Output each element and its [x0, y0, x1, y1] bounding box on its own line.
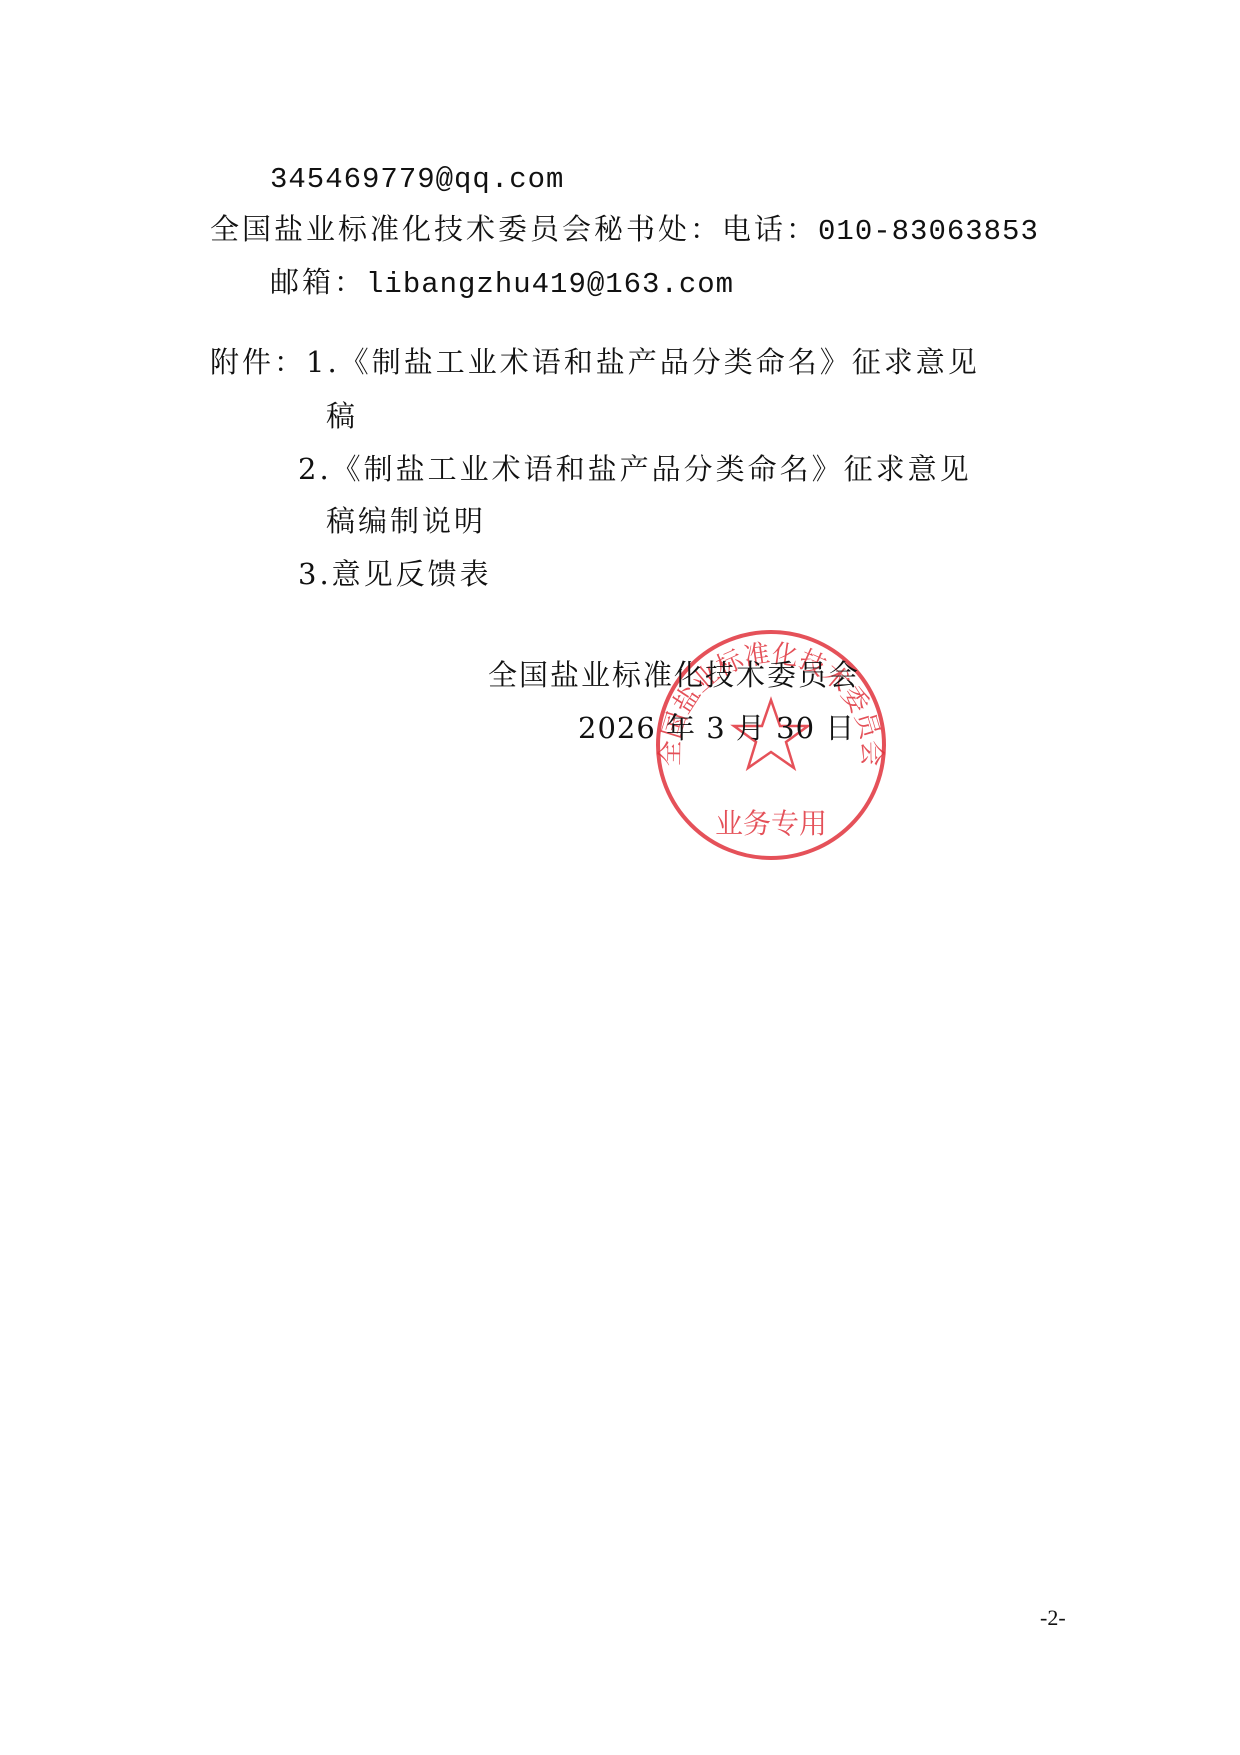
stamp-bottom-text: 业务专用 — [715, 807, 827, 840]
email-label: 邮箱： — [270, 265, 366, 299]
attachment-2-line2: 稿编制说明 — [326, 507, 486, 536]
attachment-3-title: 意见反馈表 — [332, 557, 492, 591]
attachment-2-title: 《制盐工业术语和盐产品分类命名》征求意见 — [332, 452, 972, 486]
attachment-2-number: 2. — [298, 452, 332, 486]
secretariat-label: 全国盐业标准化技术委员会秘书处： — [210, 212, 722, 246]
attachment-3-line: 3.意见反馈表 — [298, 560, 492, 589]
email-continuation: 345469779@qq.com — [270, 165, 564, 194]
secretariat-contact-line: 全国盐业标准化技术委员会秘书处：电话：010-83063853 — [210, 215, 1039, 246]
attachment-1-line2: 稿 — [326, 402, 358, 431]
secretariat-email: libangzhu419@163.com — [366, 268, 734, 301]
secretariat-email-line: 邮箱：libangzhu419@163.com — [270, 268, 734, 299]
phone-number: 010-83063853 — [818, 215, 1039, 248]
attachment-2-line1: 2.《制盐工业术语和盐产品分类命名》征求意见 — [298, 455, 972, 484]
phone-label: 电话： — [722, 212, 818, 246]
attachment-1-number: 1. — [306, 345, 340, 379]
signature-organization: 全国盐业标准化技术委员会 — [488, 661, 860, 690]
attachments-label: 附件： — [210, 345, 306, 379]
attachment-1-title: 《制盐工业术语和盐产品分类命名》征求意见 — [340, 345, 980, 379]
attachment-1-line1: 附件：1.《制盐工业术语和盐产品分类命名》征求意见 — [210, 348, 980, 377]
page-number: -2- — [1040, 1605, 1066, 1631]
attachment-3-number: 3. — [298, 557, 332, 591]
signature-date: 2026 年 3 月 30 日 — [578, 714, 855, 743]
